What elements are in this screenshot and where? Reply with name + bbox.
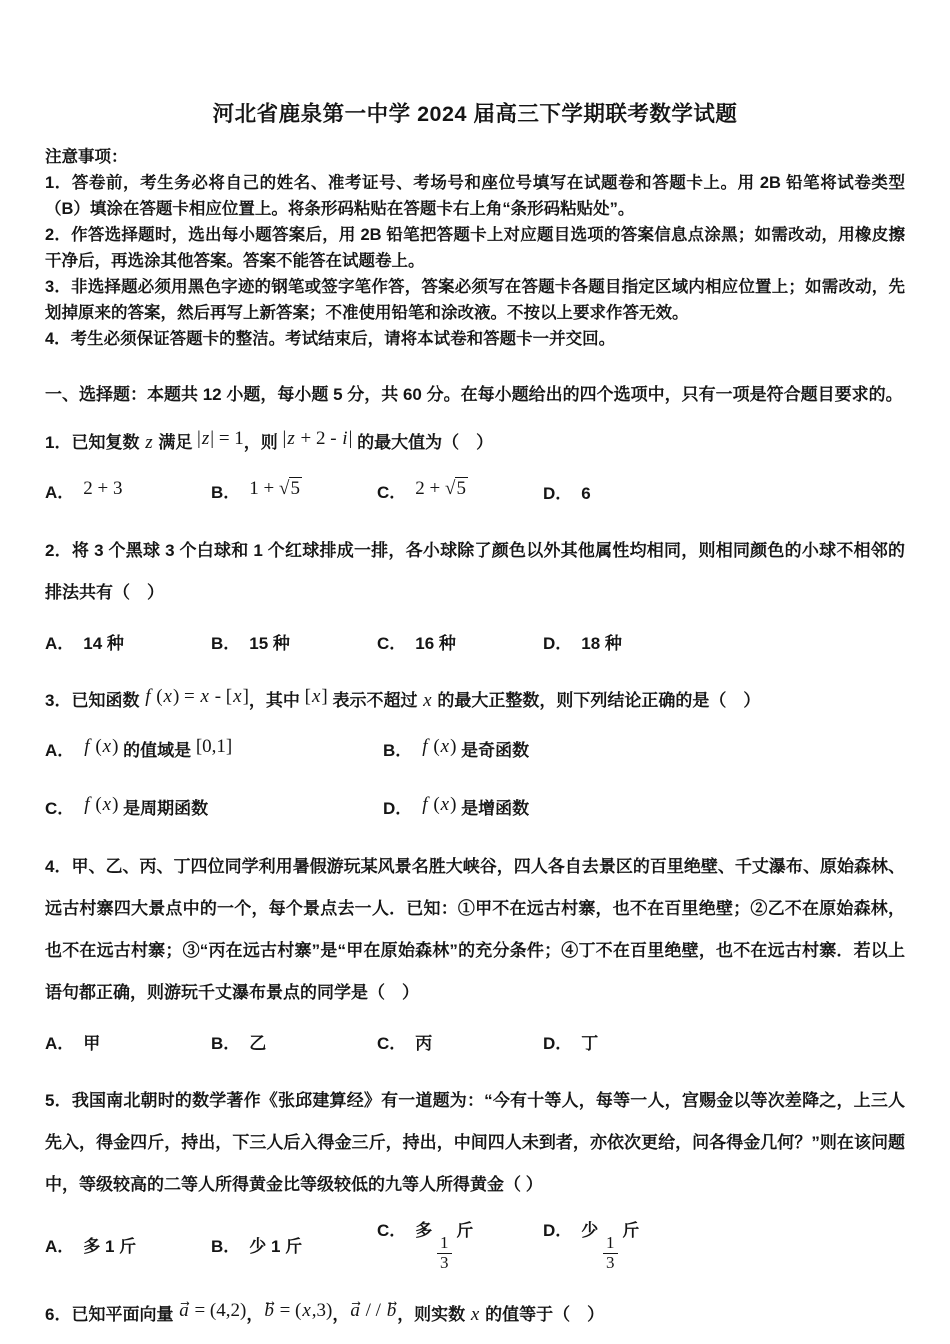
notice-item-3: 3．非选择题必须用黑色字迹的钢笔或签字笔作答，答案必须写在答题卡各题目指定区域内…: [45, 274, 905, 326]
question-stem: 3．已知函数 f (x) = x - [x]，其中 [x] 表示不超过 x 的最…: [45, 680, 905, 722]
options-row: A．f (x) 的值域是 [0,1]B．f (x) 是奇函数: [45, 732, 905, 766]
notice-item-4: 4．考生必须保证答题卡的整洁。考试结束后，请将本试卷和答题卡一并交回。: [45, 326, 905, 352]
math-expression: b⃗ = (x,3): [263, 1300, 332, 1321]
math-expression: x: [422, 690, 432, 711]
section-header: 一、选择题：本题共 12 小题，每小题 5 分，共 60 分。在每小题给出的四个…: [45, 382, 905, 408]
question-stem: 5．我国南北朝时的数学著作《张邱建算经》有一道题为：“今有十等人，每等一人，宫赐…: [45, 1080, 905, 1206]
math-expression: x: [470, 1304, 480, 1325]
option-label: D．: [543, 484, 572, 503]
math-expression: |z| = 1: [197, 428, 244, 449]
math-expression: [x]: [305, 686, 328, 707]
math-expression: f (x): [421, 794, 456, 815]
option-label: B．: [211, 483, 240, 502]
option-label: B．: [211, 634, 240, 653]
exam-page: 河北省鹿泉第一中学 2024 届高三下学期联考数学试题 注意事项： 1．答卷前，…: [0, 0, 950, 1344]
option-D: D．18 种: [543, 629, 709, 654]
math-expression: 13: [437, 1220, 452, 1241]
question-3: 3．已知函数 f (x) = x - [x]，其中 [x] 表示不超过 x 的最…: [45, 680, 905, 824]
option-A: A．f (x) 的值域是 [0,1]: [45, 736, 383, 762]
math-expression: [0,1]: [196, 736, 232, 757]
options-row: A．14 种B．15 种C．16 种D．18 种: [45, 624, 905, 658]
option-label: C．: [377, 1221, 406, 1240]
question-stem: 6．已知平面向量 a⃗ = (4,2)，b⃗ = (x,3)，a⃗ / / b⃗…: [45, 1294, 905, 1336]
options-row: C．f (x) 是周期函数D．f (x) 是增函数: [45, 790, 905, 824]
question-6: 6．已知平面向量 a⃗ = (4,2)，b⃗ = (x,3)，a⃗ / / b⃗…: [45, 1294, 905, 1336]
option-C: C．多 13 斤: [377, 1216, 543, 1272]
notice-list: 1．答卷前，考生务必将自己的姓名、准考证号、考场号和座位号填写在试题卷和答题卡上…: [45, 170, 905, 352]
options-row: A．多 1 斤B．少 1 斤C．多 13 斤D．少 13 斤: [45, 1216, 905, 1272]
option-A: A．多 1 斤: [45, 1232, 211, 1257]
option-label: B．: [211, 1034, 240, 1053]
question-5: 5．我国南北朝时的数学著作《张邱建算经》有一道题为：“今有十等人，每等一人，宫赐…: [45, 1080, 905, 1272]
math-expression: 2 + √5: [415, 478, 468, 499]
option-label: C．: [377, 1034, 406, 1053]
question-4: 4．甲、乙、丙、丁四位同学利用暑假游玩某风景名胜大峡谷，四人各自去景区的百里绝壁…: [45, 846, 905, 1058]
option-label: C．: [377, 483, 406, 502]
option-label: C．: [45, 799, 74, 818]
option-C: C．f (x) 是周期函数: [45, 794, 383, 820]
math-expression: a⃗ = (4,2): [178, 1300, 246, 1321]
notices-heading: 注意事项：: [45, 144, 905, 170]
notice-item-2: 2．作答选择题时，选出每小题答案后，用 2B 铅笔把答题卡上对应题目选项的答案信…: [45, 222, 905, 274]
math-expression: f (x): [83, 736, 118, 757]
question-list: 1．已知复数 z 满足 |z| = 1，则 |z + 2 - i| 的最大值为（…: [45, 422, 905, 1336]
question-stem: 1．已知复数 z 满足 |z| = 1，则 |z + 2 - i| 的最大值为（…: [45, 422, 905, 464]
option-C: C．16 种: [377, 629, 543, 654]
math-expression: a⃗ / / b⃗: [349, 1300, 397, 1321]
option-B: B．乙: [211, 1029, 377, 1054]
option-label: A．: [45, 483, 74, 502]
notice-item-1: 1．答卷前，考生务必将自己的姓名、准考证号、考场号和座位号填写在试题卷和答题卡上…: [45, 170, 905, 222]
option-label: A．: [45, 1237, 74, 1256]
question-stem: 2．将 3 个黑球 3 个白球和 1 个红球排成一排，各小球除了颜色以外其他属性…: [45, 530, 905, 614]
option-label: A．: [45, 634, 74, 653]
math-expression: f (x) = x - [x]: [144, 686, 249, 707]
math-expression: 1 + √5: [249, 478, 302, 499]
option-D: D．6: [543, 479, 709, 504]
option-label: A．: [45, 1034, 74, 1053]
option-label: D．: [383, 799, 412, 818]
option-C: C．2 + √5: [377, 478, 543, 504]
option-label: B．: [383, 741, 412, 760]
question-1: 1．已知复数 z 满足 |z| = 1，则 |z + 2 - i| 的最大值为（…: [45, 422, 905, 508]
option-A: A．甲: [45, 1029, 211, 1054]
notices-section: 注意事项： 1．答卷前，考生务必将自己的姓名、准考证号、考场号和座位号填写在试题…: [45, 144, 905, 352]
option-B: B．1 + √5: [211, 478, 377, 504]
page-title: 河北省鹿泉第一中学 2024 届高三下学期联考数学试题: [45, 100, 905, 128]
option-B: B．15 种: [211, 629, 377, 654]
math-expression: 13: [603, 1220, 618, 1241]
option-D: D．f (x) 是增函数: [383, 794, 721, 820]
option-label: D．: [543, 1221, 572, 1240]
option-B: B．少 1 斤: [211, 1232, 377, 1257]
option-label: A．: [45, 741, 74, 760]
option-B: B．f (x) 是奇函数: [383, 736, 721, 762]
option-C: C．丙: [377, 1029, 543, 1054]
options-row: A．甲B．乙C．丙D．丁: [45, 1024, 905, 1058]
option-A: A．2 + 3: [45, 478, 211, 504]
question-stem: 4．甲、乙、丙、丁四位同学利用暑假游玩某风景名胜大峡谷，四人各自去景区的百里绝壁…: [45, 846, 905, 1014]
math-expression: 2 + 3: [83, 478, 122, 499]
option-D: D．丁: [543, 1029, 709, 1054]
option-label: D．: [543, 634, 572, 653]
option-D: D．少 13 斤: [543, 1216, 709, 1272]
math-expression: |z + 2 - i|: [283, 428, 353, 449]
options-row: A．2 + 3B．1 + √5C．2 + √5D．6: [45, 474, 905, 508]
option-A: A．14 种: [45, 629, 211, 654]
option-label: C．: [377, 634, 406, 653]
math-expression: f (x): [83, 794, 118, 815]
math-expression: f (x): [421, 736, 456, 757]
question-2: 2．将 3 个黑球 3 个白球和 1 个红球排成一排，各小球除了颜色以外其他属性…: [45, 530, 905, 658]
math-expression: z: [144, 432, 153, 453]
option-label: B．: [211, 1237, 240, 1256]
option-label: D．: [543, 1034, 572, 1053]
